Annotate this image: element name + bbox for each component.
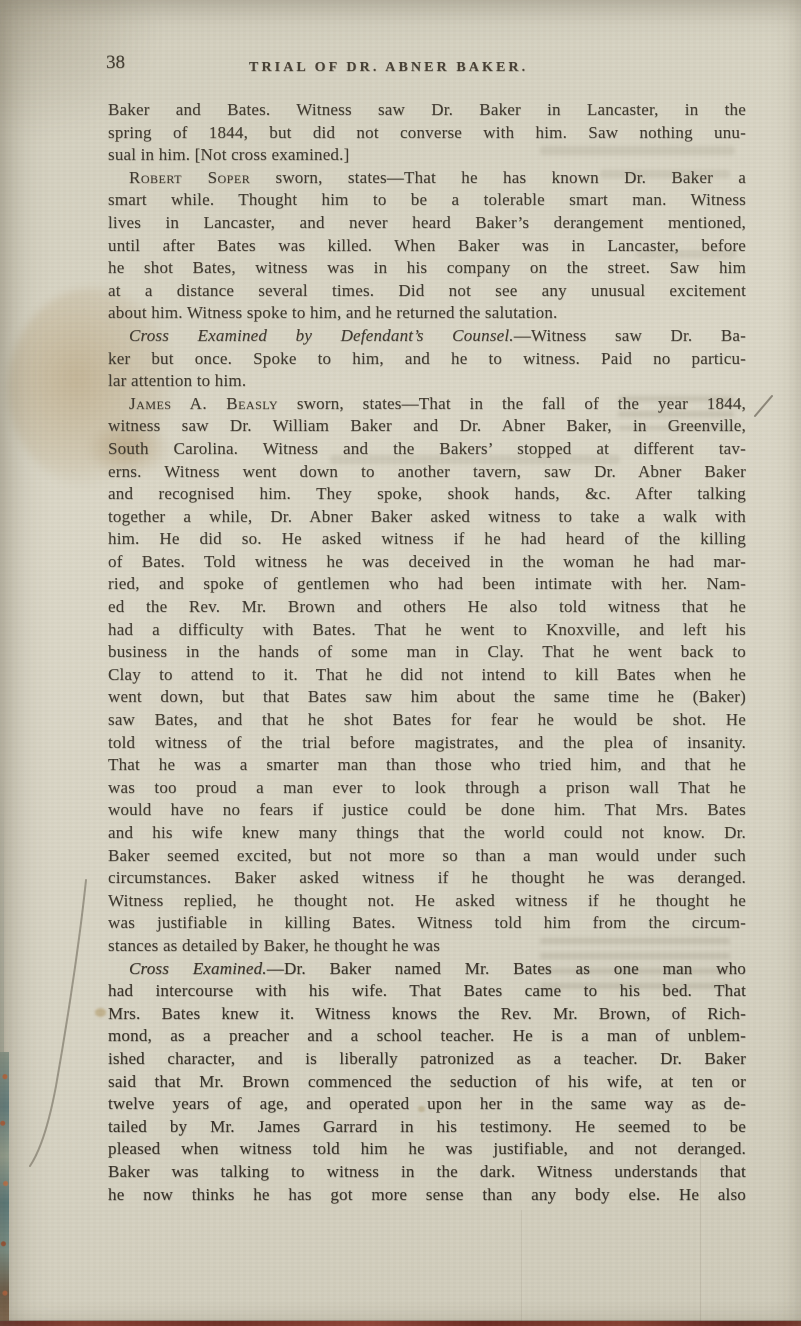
text-run: sual in him. [Not cross examined.] (108, 145, 349, 164)
marbled-book-edge (0, 1052, 9, 1326)
witness-name: Robert Soper (129, 168, 250, 187)
paper-stain (95, 1008, 106, 1017)
paper-crease (521, 1210, 522, 1326)
text-line: until after Bates was killed. When Baker… (108, 235, 746, 258)
text-run: ried, and spoke of gentlemen who had bee… (108, 574, 746, 593)
text-run: twelve years of age, and operated upon h… (108, 1094, 746, 1113)
text-line: ried, and spoke of gentlemen who had bee… (108, 573, 746, 596)
text-line: twelve years of age, and operated upon h… (108, 1093, 746, 1116)
scanned-book-page: 38 TRIAL OF DR. ABNER BAKER. Baker and B… (0, 0, 801, 1326)
text-line: Baker and Bates. Witness saw Dr. Baker i… (108, 99, 746, 122)
text-line: was justifiable in killing Bates. Witnes… (108, 912, 746, 935)
text-line: erns. Witness went down to another taver… (108, 461, 746, 484)
text-line: Baker seemed excited, but not more so th… (108, 845, 746, 868)
paragraph: Cross Examined.—Dr. Baker named Mr. Bate… (108, 958, 746, 1207)
text-run: tailed by Mr. James Garrard in his testi… (108, 1117, 746, 1136)
paragraph: Baker and Bates. Witness saw Dr. Baker i… (108, 99, 746, 167)
text-run: had intercourse with his wife. That Bate… (108, 981, 746, 1000)
text-run: smart while. Thought him to be a tolerab… (108, 190, 746, 209)
text-run: Baker and Bates. Witness saw Dr. Baker i… (108, 100, 746, 119)
text-line: about him. Witness spoke to him, and he … (108, 302, 746, 325)
text-run: Mrs. Bates knew it. Witness knows the Re… (108, 1004, 746, 1023)
text-run: Baker seemed excited, but not more so th… (108, 846, 746, 865)
text-run: until after Bates was killed. When Baker… (108, 236, 746, 255)
text-run: and recognised him. They spoke, shook ha… (108, 484, 746, 503)
text-line: smart while. Thought him to be a tolerab… (108, 189, 746, 212)
text-line: ker but once. Spoke to him, and he to wi… (108, 348, 746, 371)
text-line: South Carolina. Witness and the Bakers’ … (108, 438, 746, 461)
text-run: him. He did so. He asked witness if he h… (108, 529, 746, 548)
text-line: witness saw Dr. William Baker and Dr. Ab… (108, 415, 746, 438)
text-line: ed the Rev. Mr. Brown and others He also… (108, 596, 746, 619)
text-run: That he was a smarter man than those who… (108, 755, 746, 774)
witness-name: James A. Beasly (129, 394, 278, 413)
text-line: circumstances. Baker asked witness if he… (108, 867, 746, 890)
text-line: lar attention to him. (108, 370, 746, 393)
text-line: Cross Examined.—Dr. Baker named Mr. Bate… (108, 958, 746, 981)
text-line: sual in him. [Not cross examined.] (108, 144, 746, 167)
text-run: together a while, Dr. Abner Baker asked … (108, 507, 746, 526)
text-line: him. He did so. He asked witness if he h… (108, 528, 746, 551)
text-line: Robert Soper sworn, states—That he has k… (108, 167, 746, 190)
text-line: he now thinks he has got more sense than… (108, 1184, 746, 1207)
text-line: went down, but that Bates saw him about … (108, 686, 746, 709)
text-run: circumstances. Baker asked witness if he… (108, 868, 746, 887)
text-line: saw Bates, and that he shot Bates for fe… (108, 709, 746, 732)
text-run: —Witness saw Dr. Ba- (514, 326, 746, 345)
italic-lead: Cross Examined by Defendant’s Counsel. (129, 326, 514, 345)
text-line: spring of 1844, but did not converse wit… (108, 122, 746, 145)
text-line: Witness replied, he thought not. He aske… (108, 890, 746, 913)
text-run: ished character, and is liberally patron… (108, 1049, 746, 1068)
text-run: pleased when witness told him he was jus… (108, 1139, 746, 1158)
pencil-stroke-mark (18, 818, 98, 1178)
text-run: sworn, states—That in the fall of the ye… (278, 394, 746, 413)
text-line: was too proud a man ever to look through… (108, 777, 746, 800)
text-run: ed the Rev. Mr. Brown and others He also… (108, 597, 746, 616)
text-run: Witness replied, he thought not. He aske… (108, 891, 746, 910)
text-run: business in the hands of some man in Cla… (108, 642, 746, 661)
text-line: stances as detailed by Baker, he thought… (108, 935, 746, 958)
text-line: Baker was talking to witness in the dark… (108, 1161, 746, 1184)
text-line: ished character, and is liberally patron… (108, 1048, 746, 1071)
text-run: said that Mr. Brown commenced the seduct… (108, 1072, 746, 1091)
running-title: TRIAL OF DR. ABNER BAKER. (249, 60, 528, 76)
text-line: said that Mr. Brown commenced the seduct… (108, 1071, 746, 1094)
text-line: together a while, Dr. Abner Baker asked … (108, 506, 746, 529)
text-run: about him. Witness spoke to him, and he … (108, 303, 557, 322)
page-edge-shadow (0, 760, 4, 1056)
text-line: mond, as a preacher and a school teacher… (108, 1025, 746, 1048)
text-line: Cross Examined by Defendant’s Counsel.—W… (108, 325, 746, 348)
text-run: lar attention to him. (108, 371, 246, 390)
text-line: tailed by Mr. James Garrard in his testi… (108, 1116, 746, 1139)
text-line: and recognised him. They spoke, shook ha… (108, 483, 746, 506)
text-run: was too proud a man ever to look through… (108, 778, 746, 797)
text-line: at a distance several times. Did not see… (108, 280, 746, 303)
text-run: he shot Bates, witness was in his compan… (108, 258, 746, 277)
text-run: went down, but that Bates saw him about … (108, 687, 746, 706)
text-run: he now thinks he has got more sense than… (108, 1185, 746, 1204)
text-run: spring of 1844, but did not converse wit… (108, 123, 746, 142)
text-run: —Dr. Baker named Mr. Bates as one man wh… (267, 959, 746, 978)
text-run: Clay to attend to it. That he did not in… (108, 665, 746, 684)
text-line: Clay to attend to it. That he did not in… (108, 664, 746, 687)
italic-lead: Cross Examined. (129, 959, 267, 978)
text-run: told witness of the trial before magistr… (108, 733, 746, 752)
text-run: South Carolina. Witness and the Bakers’ … (108, 439, 746, 458)
text-run: at a distance several times. Did not see… (108, 281, 746, 300)
text-line: told witness of the trial before magistr… (108, 732, 746, 755)
text-line: business in the hands of some man in Cla… (108, 641, 746, 664)
text-line: would have no fears if justice could be … (108, 799, 746, 822)
text-line: James A. Beasly sworn, states—That in th… (108, 393, 746, 416)
text-line: and his wife knew many things that the w… (108, 822, 746, 845)
text-run: would have no fears if justice could be … (108, 800, 746, 819)
text-line: he shot Bates, witness was in his compan… (108, 257, 746, 280)
text-run: was justifiable in killing Bates. Witnes… (108, 913, 746, 932)
text-line: had a difficulty with Bates. That he wen… (108, 619, 746, 642)
text-line: of Bates. Told witness he was deceived i… (108, 551, 746, 574)
text-line: had intercourse with his wife. That Bate… (108, 980, 746, 1003)
text-line: Mrs. Bates knew it. Witness knows the Re… (108, 1003, 746, 1026)
paragraph: James A. Beasly sworn, states—That in th… (108, 393, 746, 958)
text-run: mond, as a preacher and a school teacher… (108, 1026, 746, 1045)
text-run: sworn, states—That he has known Dr. Bake… (250, 168, 746, 187)
text-line: lives in Lancaster, and never heard Bake… (108, 212, 746, 235)
book-cover-strip (0, 1321, 801, 1326)
text-run: stances as detailed by Baker, he thought… (108, 936, 440, 955)
text-run: and his wife knew many things that the w… (108, 823, 746, 842)
pencil-slash-mark (752, 393, 776, 419)
text-run: saw Bates, and that he shot Bates for fe… (108, 710, 746, 729)
text-line: pleased when witness told him he was jus… (108, 1138, 746, 1161)
page-body: Baker and Bates. Witness saw Dr. Baker i… (108, 99, 746, 1206)
paragraph: Cross Examined by Defendant’s Counsel.—W… (108, 325, 746, 393)
text-run: of Bates. Told witness he was deceived i… (108, 552, 746, 571)
text-run: had a difficulty with Bates. That he wen… (108, 620, 746, 639)
text-run: erns. Witness went down to another taver… (108, 462, 746, 481)
text-run: witness saw Dr. William Baker and Dr. Ab… (108, 416, 746, 435)
text-run: Baker was talking to witness in the dark… (108, 1162, 746, 1181)
text-run: ker but once. Spoke to him, and he to wi… (108, 349, 746, 368)
text-run: lives in Lancaster, and never heard Bake… (108, 213, 746, 232)
paragraph: Robert Soper sworn, states—That he has k… (108, 167, 746, 325)
page-number: 38 (106, 52, 125, 74)
text-line: That he was a smarter man than those who… (108, 754, 746, 777)
